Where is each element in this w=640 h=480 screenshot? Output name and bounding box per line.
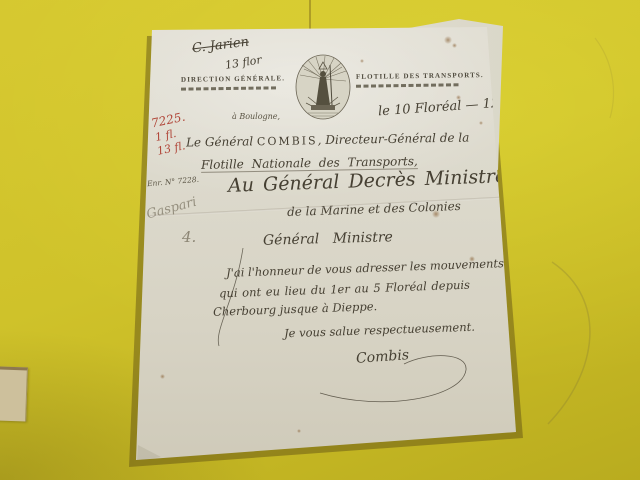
foxing-stain <box>160 374 165 379</box>
foxing-stain <box>479 121 483 125</box>
foxing-stain <box>297 429 301 433</box>
foxing-stain <box>469 256 475 262</box>
foxing-stain <box>444 36 452 44</box>
photo-of-historical-letter: C. Jarien 13 flor DIRECTION GÉNÉRALE. FL… <box>0 0 640 480</box>
foxing-stain <box>456 95 461 100</box>
foxing-stain <box>432 210 440 218</box>
foxing-stain <box>452 43 457 48</box>
tape-remnant <box>0 367 28 422</box>
foxing-stain <box>360 59 364 63</box>
